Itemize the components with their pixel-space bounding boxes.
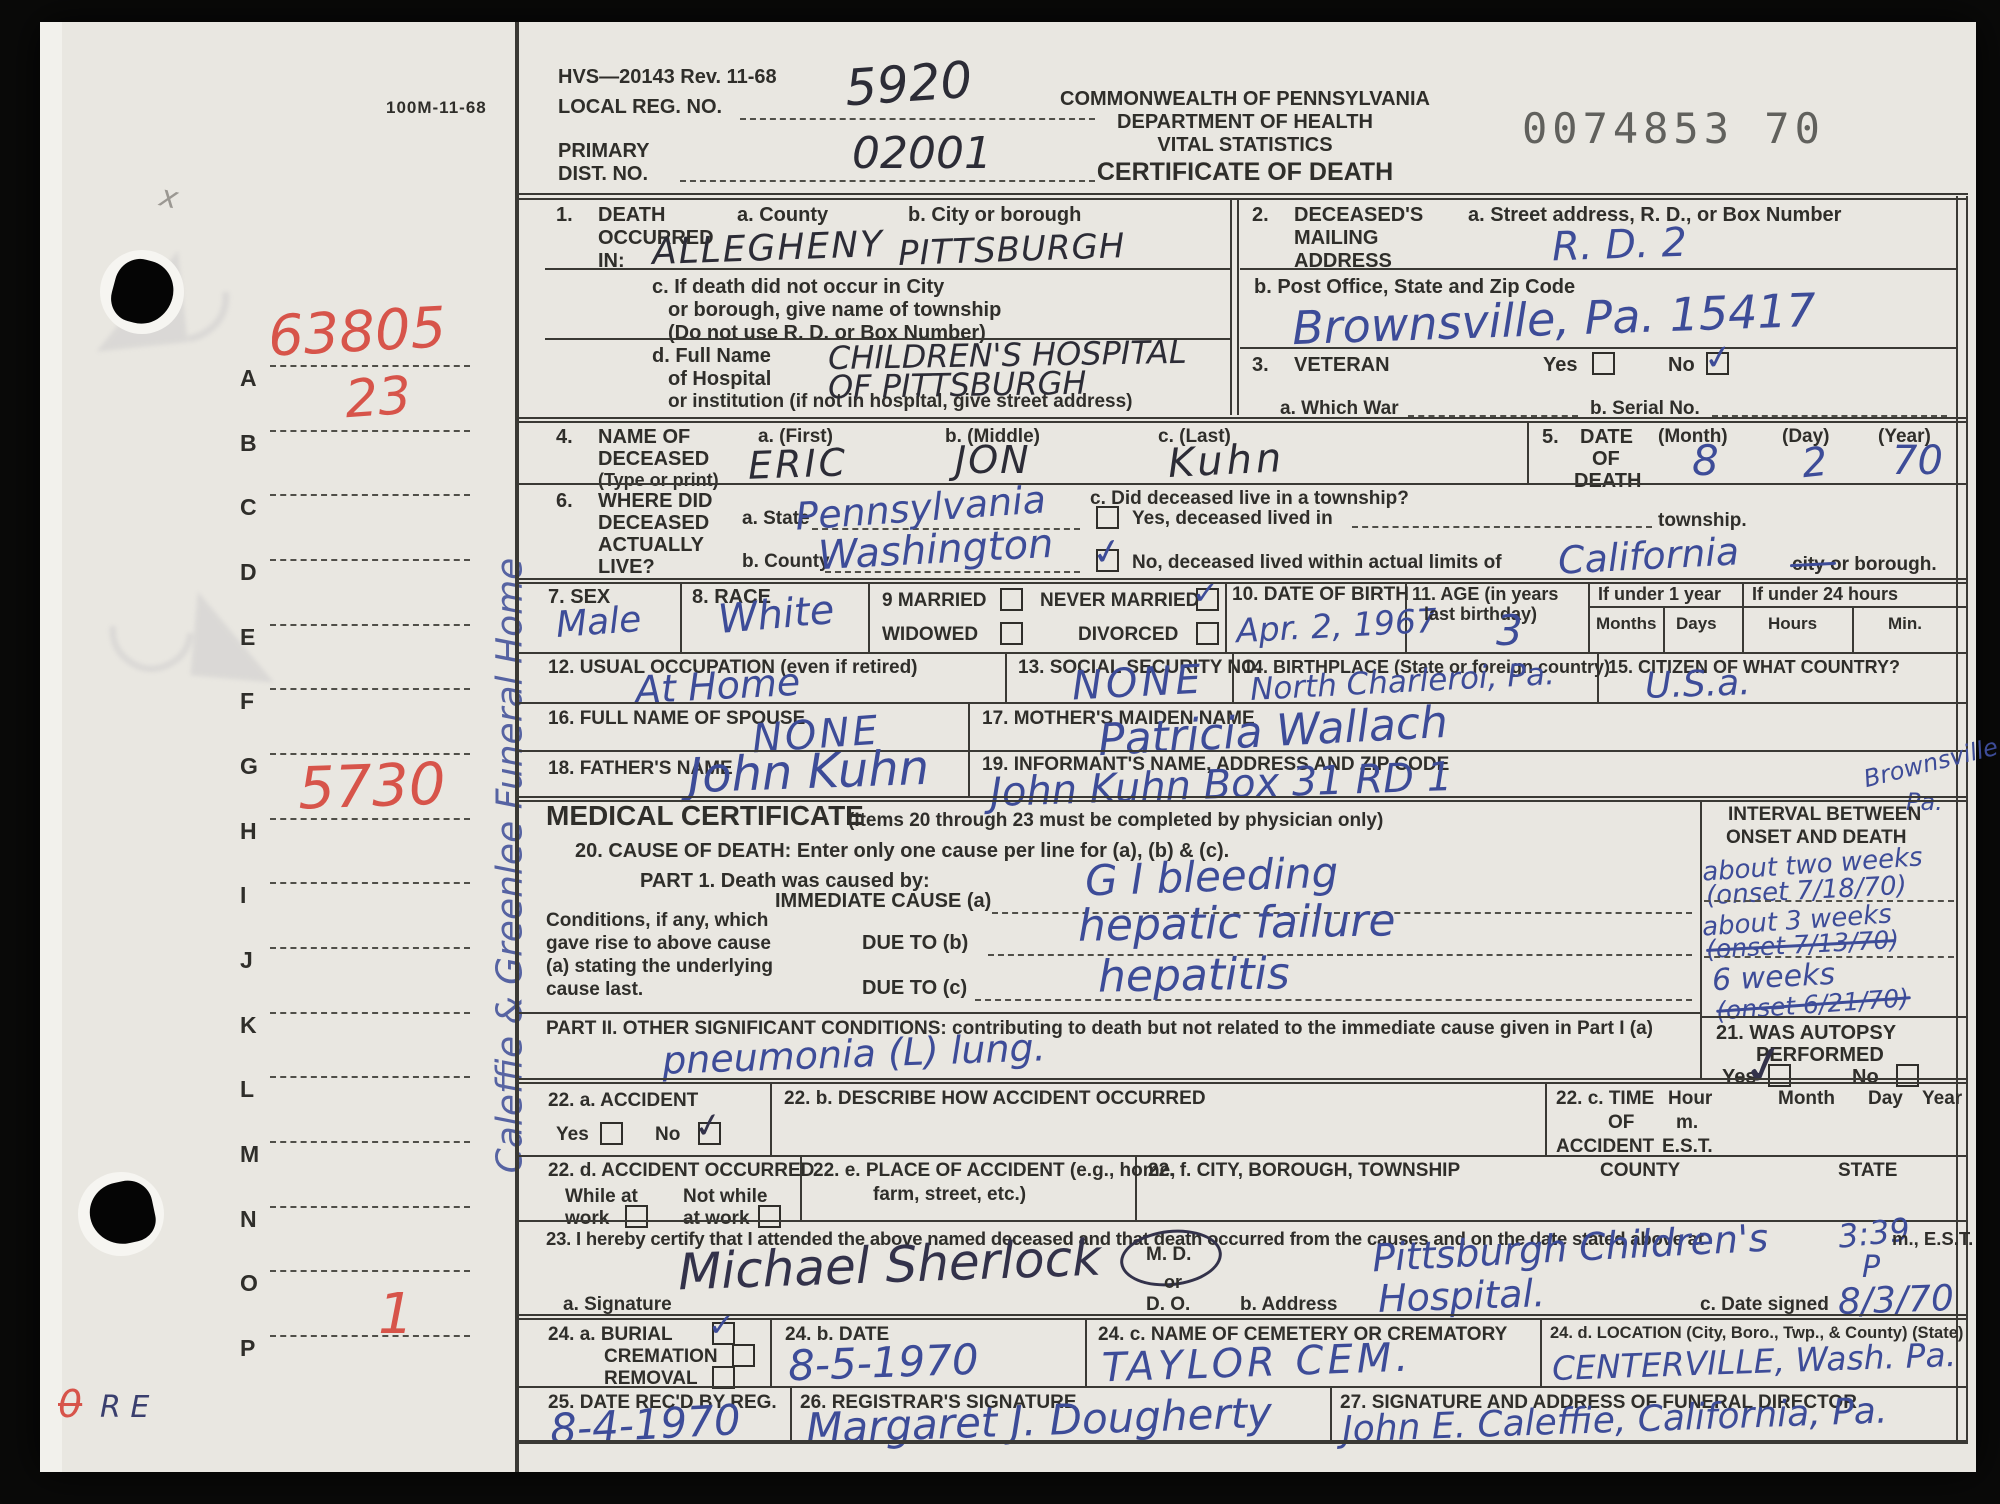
divider [1005,652,1007,702]
certificate-title: CERTIFICATE OF DEATH [1050,158,1440,187]
medical-certificate-title: MEDICAL CERTIFICATE [546,800,864,832]
margin-row-letter: J [240,947,253,974]
item1-label: DEATH [598,204,665,227]
burial-date-value: 8-5-1970 [787,1335,979,1391]
item5-number: 5. [1542,426,1559,449]
margin-row-letter: M [240,1141,259,1168]
margin-row-letter: F [240,688,254,715]
rule [515,702,1968,704]
org-line-2: DEPARTMENT OF HEALTH [1050,111,1440,134]
divider [1588,582,1590,652]
margin-row-line [270,1206,470,1208]
rule [1700,1016,1968,1018]
not-while-at-work-label: Not while [683,1186,767,1208]
conditions-label: gave rise to above cause [546,933,771,955]
under-1-year-label: If under 1 year [1598,584,1721,605]
paper-left-edge [40,22,62,1472]
margin-row-letter: H [240,818,257,845]
show-through-smudge: ◡◣ [105,553,285,695]
divider [1527,421,1529,483]
describe-accident-label: 22. b. DESCRIBE HOW ACCIDENT OCCURRED [784,1088,1206,1110]
margin-red-value-b: 23 [343,366,413,430]
month-label: Month [1778,1088,1835,1110]
margin-row-letter: G [240,753,258,780]
item2-number: 2. [1252,204,1269,227]
signature-label: a. Signature [563,1294,672,1316]
margin-red-value-h: 5730 [297,749,447,822]
time-of-accident-label: OF [1608,1112,1634,1134]
margin-row-line [270,882,470,884]
dist-no-value: 02001 [852,128,992,179]
item4-number: 4. [556,426,573,449]
item6c-label: c. Did deceased live in a township? [1090,488,1409,510]
while-at-work-checkbox [625,1205,648,1228]
accident-yes-label: Yes [556,1124,589,1146]
due-to-b-line [988,954,1692,956]
dist-no-line [680,180,1095,182]
township-yes-checkbox [1096,506,1119,529]
margin-row-line [270,430,470,432]
margin-row-letter: D [240,559,257,586]
funeral-home-vertical-note: Caleffie & Greenlee Funeral Home [490,391,531,1341]
veteran-no-checkmark: ✓ [1701,336,1735,380]
item6-label: DECEASED [598,512,709,535]
fathers-name-value: John Kuhn [687,740,930,804]
hospital-name-value: OF PITTSBURGH [828,364,1087,407]
margin-row-line [270,688,470,690]
rule [515,483,1968,485]
accident-occurred-label: 22. d. ACCIDENT OCCURRED [548,1160,814,1182]
item1c-label: or borough, give name of township [668,299,1001,322]
item5-label: OF [1592,448,1620,471]
item2-label: DECEASED'S [1294,204,1423,227]
margin-row-letter: O [240,1270,258,1297]
divider [1330,1386,1332,1440]
divider [680,582,682,652]
married-checkbox [1000,588,1023,611]
form-code: HVS—20143 Rev. 11-68 [558,66,777,89]
accident-city-label: 22. f. CITY, BOROUGH, TOWNSHIP [1148,1160,1460,1182]
rule [515,1078,1968,1080]
due-to-b-label: DUE TO (b) [862,932,968,955]
m-label: m. [1676,1112,1698,1134]
township-line [1352,526,1652,528]
burial-label: 24. a. BURIAL [548,1324,673,1346]
county-label: b. County [742,551,830,573]
margin-row-letter: K [240,1012,257,1039]
conditions-label: (a) stating the underlying [546,956,773,978]
local-reg-label: LOCAL REG. NO. [558,96,722,119]
accident-no-label: No [655,1124,680,1146]
address-label: b. Address [1240,1294,1338,1316]
date-signed-value: 8/3/70 [1837,1278,1954,1323]
death-certificate-photo: ◢◞ ◡◣ 100M-11-68 x A B C D E F G H I J K… [0,0,2000,1504]
first-name-value: ERIC [747,440,849,487]
corner-red-mark: 0 [58,1382,82,1426]
rule [1240,268,1956,270]
never-married-label: NEVER MARRIED [1040,590,1199,612]
married-label: 9 MARRIED [882,590,987,612]
accident-county-label: COUNTY [1600,1160,1680,1182]
divider [790,1386,792,1440]
item5-label: DEATH [1574,470,1641,493]
county-of-death-value: ALLEGHENY [651,224,884,273]
divider [868,582,870,652]
accident-yes-checkbox [600,1122,623,1145]
margin-row-line [270,559,470,561]
margin-row-letter: L [240,1076,254,1103]
age-value: 3 [1496,606,1523,655]
item2-label: MAILING [1294,227,1378,250]
rule [515,1155,1968,1157]
conditions-label: cause last. [546,979,643,1001]
months-label: Months [1596,614,1656,634]
place-of-accident-label: farm, street, etc.) [873,1184,1026,1206]
conditions-label: Conditions, if any, which [546,910,768,932]
item3-label: VETERAN [1294,354,1390,377]
accident-state-label: STATE [1838,1160,1897,1182]
item6-label: WHERE DID [598,490,712,513]
item4-label: NAME OF [598,426,690,449]
item1a-label: a. County [737,204,828,227]
day-label: Day [1868,1088,1903,1110]
place-of-accident-label: 22. e. PLACE OF ACCIDENT (e.g., home, [813,1160,1175,1182]
not-while-at-work-label: at work [683,1208,750,1230]
accident-label: 22. a. ACCIDENT [548,1090,698,1112]
margin-row-letter: I [240,882,246,909]
due-to-c-line [975,999,1692,1001]
interval-a-line [1704,900,1954,902]
due-to-c-label: DUE TO (c) [862,977,967,1000]
sex-value: Male [555,599,643,646]
min-label: Min. [1888,614,1922,634]
divider [1663,606,1665,652]
while-at-work-label: work [565,1208,609,1230]
days-label: Days [1676,614,1717,634]
local-reg-value: 5920 [843,51,974,118]
divider [1085,1318,1087,1386]
margin-row-line [270,624,470,626]
rule [515,1386,1968,1388]
divider [770,1082,772,1155]
primary-label: PRIMARY [558,140,649,163]
item4-label: DECEASED [598,448,709,471]
org-line-3: VITAL STATISTICS [1050,134,1440,157]
rule [515,417,1968,419]
widowed-checkbox [1000,622,1023,645]
veteran-no-label: No [1668,354,1695,377]
margin-row-line [270,1335,470,1337]
hours-label: Hours [1768,614,1817,634]
age-label: 11. AGE (in years [1412,584,1558,605]
margin-row-letter: E [240,624,255,651]
rule [515,198,1968,200]
city-of-death-value: PITTSBURGH [897,226,1126,274]
rule [515,578,1968,580]
street-address-value: R. D. 2 [1551,220,1687,271]
due-to-b-value: hepatic failure [1078,895,1396,952]
middle-name-value: JON [955,438,1031,482]
never-married-checkmark: ✓ [1192,574,1219,612]
year-label: Year [1922,1088,1962,1110]
under-24-hours-label: If under 24 hours [1752,584,1898,605]
death-day-value: 2 [1800,439,1830,487]
rule [1588,606,1968,608]
divider [968,750,970,796]
divorced-checkbox [1196,622,1219,645]
divider [1742,582,1744,652]
item6-label: LIVE? [598,556,655,579]
citizen-value: U.S.a. [1644,662,1751,707]
divider [1545,1082,1547,1155]
widowed-label: WIDOWED [882,624,978,646]
rule [545,268,1230,270]
item1d-label: of Hospital [668,368,771,391]
cremation-checkbox [732,1344,755,1367]
margin-row-letter: B [240,430,257,457]
divider [968,702,970,750]
item3-number: 3. [1252,354,1269,377]
margin-red-value-p: 1 [378,1282,414,1347]
rule [515,652,1968,654]
rule [515,1082,1968,1084]
item1b-label: b. City or borough [908,204,1081,227]
burial-checkmark: ✓ [708,1306,735,1344]
item5-label: DATE [1580,426,1633,449]
veteran-yes-label: Yes [1543,354,1577,377]
or-label: or [1164,1272,1182,1293]
margin-print-code: 100M-11-68 [386,98,487,118]
certify-statement-end: m., E.S.T. [1892,1228,1973,1250]
rule [1240,347,1956,349]
form-left-border [515,22,519,1472]
not-while-at-work-checkbox [758,1205,781,1228]
rule [515,1012,1700,1014]
margin-row-letter: C [240,494,257,521]
township-no-label: No, deceased lived within actual limits … [1132,552,1502,574]
divorced-label: DIVORCED [1078,624,1178,646]
death-year-value: 70 [1892,438,1943,484]
form-right-border [1966,196,1968,1444]
divider [1230,198,1232,415]
rule [515,796,1968,798]
margin-row-letter: A [240,365,257,392]
divider [1225,582,1227,652]
item6-number: 6. [556,490,573,513]
cremation-label: CREMATION [604,1346,718,1368]
item1d-label: d. Full Name [652,345,771,368]
margin-row-letter: N [240,1206,257,1233]
item1c-label: c. If death did not occur in City [652,276,944,299]
hour-label: Hour [1668,1088,1712,1110]
divider [1852,606,1854,652]
occupation-value: At Home [634,660,801,713]
interval-label: INTERVAL BETWEEN [1728,804,1921,826]
margin-row-line [270,947,470,949]
veteran-yes-checkbox [1592,352,1615,375]
margin-row-line [270,1141,470,1143]
dist-no-label: DIST. NO. [558,163,648,186]
last-name-value: Kuhn [1167,435,1286,487]
item4-label: (Type or print) [598,470,719,491]
immediate-cause-label: IMMEDIATE CAUSE (a) [775,890,991,913]
divider [1700,800,1702,1078]
local-reg-line [740,118,1095,120]
township-yes-label: Yes, deceased lived in [1132,508,1333,530]
margin-row-line [270,1270,470,1272]
date-received-value: 8-4-1970 [549,1395,742,1454]
stamped-file-number: 0074853 70 [1522,104,1825,153]
divider [1540,1318,1542,1386]
time-of-accident-label: 22. c. TIME [1556,1088,1654,1110]
medical-certificate-subtitle: (Items 20 through 23 must be completed b… [848,810,1383,832]
margin-row-line [270,494,470,496]
date-signed-label: c. Date signed [1700,1294,1829,1316]
rule [515,193,1968,195]
item1-number: 1. [556,204,573,227]
corner-ink-note: R Ε [100,1390,149,1425]
margin-row-letter: P [240,1335,255,1362]
margin-row-line [270,1076,470,1078]
md-label: M. D. [1146,1244,1191,1266]
org-line-1: COMMONWEALTH OF PENNSYLVANIA [1050,88,1440,111]
margin-row-line [270,1012,470,1014]
death-month-value: 8 [1692,436,1719,485]
due-to-c-value: hepatitis [1098,948,1291,1002]
rule [515,1440,1968,1444]
item6-label: ACTUALLY [598,534,704,557]
divider [1237,198,1239,415]
form-right-border [1956,196,1958,1444]
margin-red-value-a: 63805 [266,295,447,369]
do-label: D. O. [1146,1294,1190,1316]
divider [770,1318,772,1386]
rule [515,421,1968,423]
